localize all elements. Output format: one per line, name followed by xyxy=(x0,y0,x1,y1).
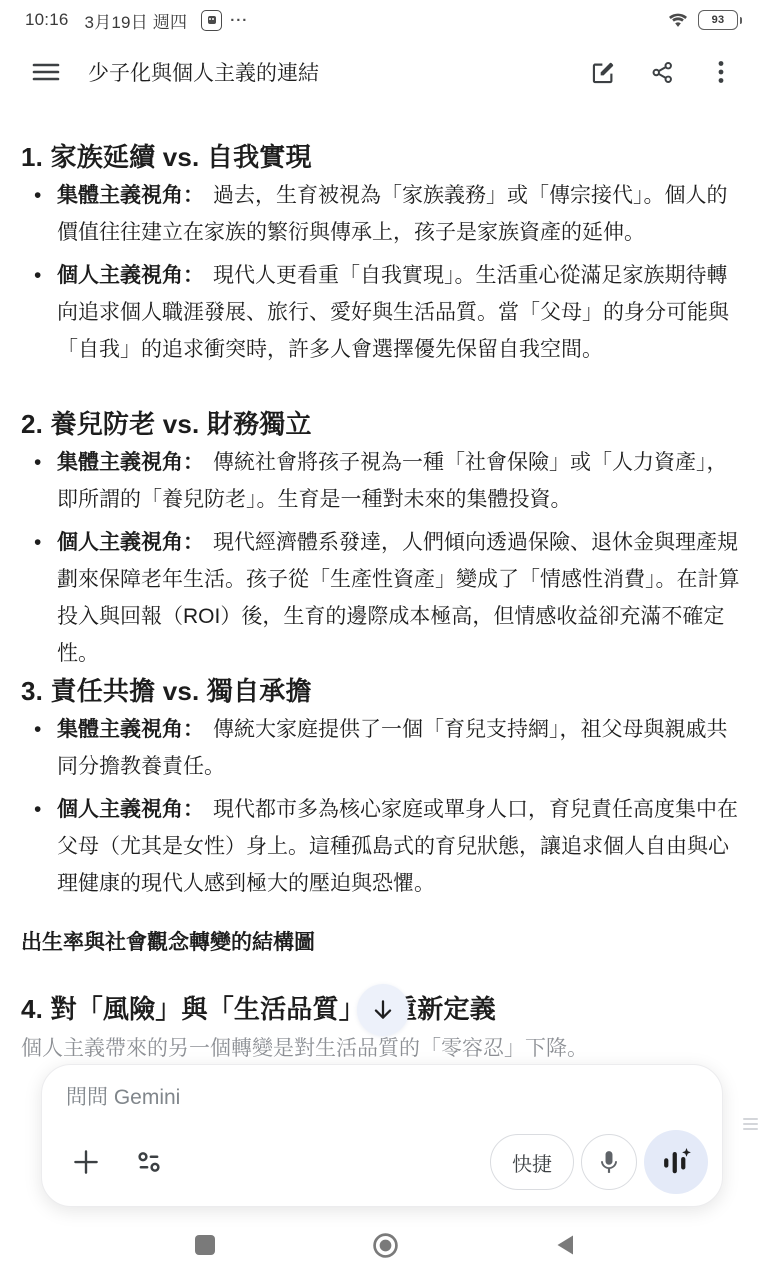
arrow-down-icon xyxy=(370,997,396,1023)
add-attachment-button[interactable] xyxy=(71,1147,101,1177)
list-item: 個人主義視角：現代經濟體系發達，人們傾向透過保險、退休金與理產規劃來保障老年生活… xyxy=(21,524,746,672)
list-item: 集體主義視角：傳統社會將孩子視為一種「社會保險」或「人力資產」，即所謂的「養兒防… xyxy=(21,444,746,518)
hamburger-menu-icon[interactable] xyxy=(31,57,61,87)
quick-actions-button[interactable]: 快捷 xyxy=(490,1134,574,1190)
clock: 10:16 xyxy=(25,10,69,30)
section-list-1: 集體主義視角：過去，生育被視為「家族義務」或「傳宗接代」。個人的價值往往建立在家… xyxy=(21,177,746,368)
section-heading-2: 2. 養兒防老 vs. 財務獨立 xyxy=(21,406,744,442)
microphone-button[interactable] xyxy=(581,1134,637,1190)
share-icon[interactable] xyxy=(647,57,677,87)
bullet-label: 集體主義視角： xyxy=(57,184,213,207)
date-label: 3月19日 週四 xyxy=(85,8,188,33)
list-item: 集體主義視角：過去，生育被視為「家族義務」或「傳宗接代」。個人的價值往往建立在家… xyxy=(21,177,746,251)
overflow-menu-icon[interactable] xyxy=(706,57,736,87)
status-bar: 10:16 3月19日 週四 ··· 93 xyxy=(0,0,764,38)
recent-apps-button[interactable] xyxy=(185,1225,225,1265)
figure-caption: 出生率與社會觀念轉變的結構圖 xyxy=(21,929,744,956)
list-item: 個人主義視角：現代都市多為核心家庭或單身人口，育兒責任高度集中在父母（尤其是女性… xyxy=(21,791,746,902)
voice-waveform-sparkle-icon xyxy=(661,1147,691,1177)
wifi-icon xyxy=(667,11,689,29)
page-title: 少子化與個人主義的連結 xyxy=(88,57,588,87)
list-item: 個人主義視角：現代人更看重「自我實現」。生活重心從滿足家族期待轉向追求個人職涯發… xyxy=(21,257,746,368)
section-heading-1: 1. 家族延續 vs. 自我實現 xyxy=(21,139,744,175)
bullet-label: 集體主義視角： xyxy=(57,718,213,741)
microphone-icon xyxy=(596,1149,622,1175)
home-button[interactable] xyxy=(366,1225,406,1265)
tools-button[interactable] xyxy=(134,1147,164,1177)
plus-icon xyxy=(71,1147,101,1177)
bullet-label: 個人主義視角： xyxy=(57,531,213,554)
section-heading-3: 3. 責任共擔 vs. 獨自承擔 xyxy=(21,673,744,709)
section-list-3: 集體主義視角：傳統大家庭提供了一個「育兒支持網」，祖父母與親戚共同分擔教養責任。… xyxy=(21,711,746,902)
tune-sliders-icon xyxy=(134,1147,164,1177)
bullet-label: 集體主義視角： xyxy=(57,451,213,474)
battery-percent: 93 xyxy=(698,10,738,30)
bullet-label: 個人主義視角： xyxy=(57,264,213,287)
notification-app-icon xyxy=(201,10,222,31)
scroll-to-bottom-button[interactable] xyxy=(357,984,409,1036)
gemini-input-card[interactable]: 問問 Gemini 快捷 xyxy=(41,1064,723,1207)
edit-icon[interactable] xyxy=(588,57,618,87)
back-button[interactable] xyxy=(546,1225,586,1265)
more-notifications-icon: ··· xyxy=(230,12,248,29)
section-paragraph: 個人主義帶來的另一個轉變是對生活品質的「零容忍」下降。 xyxy=(21,1034,744,1064)
app-bar: 少子化與個人主義的連結 xyxy=(0,44,764,100)
scrollbar-handle[interactable] xyxy=(743,1118,758,1133)
section-list-2: 集體主義視角：傳統社會將孩子視為一種「社會保險」或「人力資產」，即所謂的「養兒防… xyxy=(21,444,746,672)
bullet-label: 個人主義視角： xyxy=(57,798,213,821)
android-nav-bar xyxy=(0,1218,764,1280)
list-item: 集體主義視角：傳統大家庭提供了一個「育兒支持網」，祖父母與親戚共同分擔教養責任。 xyxy=(21,711,746,785)
battery-indicator: 93 xyxy=(698,10,742,30)
prompt-input[interactable]: 問問 Gemini xyxy=(66,1085,708,1111)
gemini-live-button[interactable] xyxy=(644,1130,708,1194)
